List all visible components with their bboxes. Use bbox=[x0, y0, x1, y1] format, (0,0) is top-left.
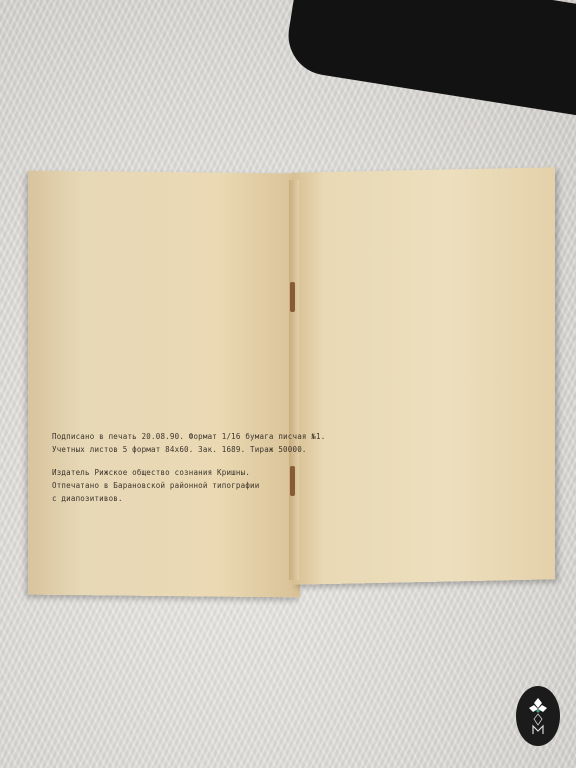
publisher-line: с диапозитивов. bbox=[52, 492, 302, 505]
right-page bbox=[293, 167, 555, 584]
watermark-logo bbox=[516, 686, 560, 746]
staple-top bbox=[290, 282, 295, 312]
open-booklet: Подписано в печать 20.08.90. Формат 1/16… bbox=[0, 0, 576, 768]
publisher-line: Издатель Рижское общество сознания Кришн… bbox=[52, 466, 302, 479]
diamond-flower-monogram-icon bbox=[523, 694, 553, 738]
publisher-line: Отпечатано в Барановской районной типогр… bbox=[52, 479, 302, 492]
imprint-line: Подписано в печать 20.08.90. Формат 1/16… bbox=[52, 430, 302, 443]
colophon: Подписано в печать 20.08.90. Формат 1/16… bbox=[52, 430, 302, 505]
imprint-line: Учетных листов 5 формат 84х60. Зак. 1689… bbox=[52, 443, 302, 456]
left-page bbox=[28, 171, 300, 598]
booklet-spine bbox=[289, 180, 299, 580]
